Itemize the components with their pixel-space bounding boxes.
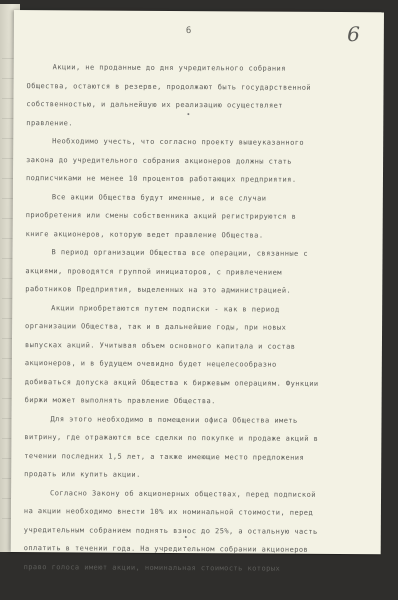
text-line: закона до учредительного собрания акцион… xyxy=(26,151,366,172)
text-line: течении последних 1,5 лет, а также имеющ… xyxy=(24,447,364,468)
text-line: витрину, где отражаются все сделки по по… xyxy=(24,428,364,449)
text-line: работников Предприятия, выделенных на эт… xyxy=(25,280,365,301)
text-line: книге акционеров, которую ведет правлени… xyxy=(26,225,366,246)
text-line: Акции приобретаются путем подписки - как… xyxy=(25,299,365,320)
page-number: 6 xyxy=(186,26,191,36)
text-line: правление. xyxy=(26,114,366,135)
paper-speck xyxy=(187,113,189,115)
text-line: приобретения или смены собственника акци… xyxy=(26,206,366,227)
text-line: на акции необходимо внести 10% их номина… xyxy=(24,502,364,523)
text-line: добиваться допуска акций Общества к бирж… xyxy=(25,373,365,394)
text-line: выпусках акций. Учитывая объем основного… xyxy=(25,336,365,357)
text-line: акциями, проводятся группой инициаторов,… xyxy=(25,262,365,283)
text-line: организации Общества, так и в дальнейшие… xyxy=(25,317,365,338)
text-line: собственностью, и дальнейшую их реализац… xyxy=(26,95,366,116)
text-line: Общества, остаются в резерве, продолжают… xyxy=(26,77,366,98)
document-page: 6 6 Акции, не проданные до дня учредител… xyxy=(11,10,384,554)
text-line: оплатить в течении года. На учредительно… xyxy=(24,539,364,560)
text-line: продать или купить акции. xyxy=(24,465,364,486)
text-line: биржи может выполнять правление Общества… xyxy=(25,391,365,412)
text-line: Для этого необходимо в помещении офиса О… xyxy=(24,410,364,431)
text-line: Необходимо учесть, что согласно проекту … xyxy=(26,132,366,153)
text-line: право голоса имеют акции, номинальная ст… xyxy=(24,558,364,579)
text-line: В период организации Общества все операц… xyxy=(25,243,365,264)
text-line: Согласно Закону об акционерных обществах… xyxy=(24,484,364,505)
text-line: подписчиками не менее 10 процентов работ… xyxy=(26,169,366,190)
text-line: Акции, не проданные до дня учредительног… xyxy=(27,58,367,79)
text-line: учредительным собранием поднять взнос до… xyxy=(24,521,364,542)
text-line: Все акции Общества будут именные, и все … xyxy=(26,188,366,209)
handwritten-page-number: 6 xyxy=(347,22,360,46)
paper-speck xyxy=(185,536,187,538)
text-line: акционеров, и в будущем очевидно будет н… xyxy=(25,354,365,375)
document-body: Акции, не проданные до дня учредительног… xyxy=(24,58,367,578)
